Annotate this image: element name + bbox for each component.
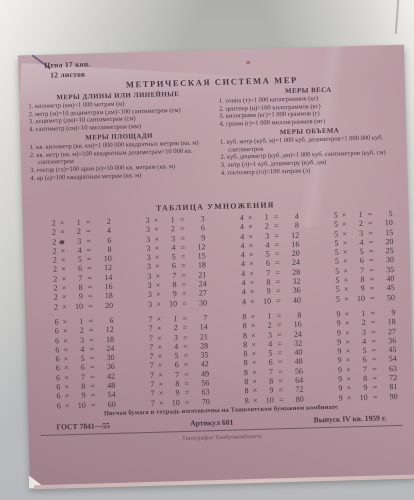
mult-number: 4: [236, 250, 245, 260]
multiply-sign: ×: [59, 354, 72, 364]
mult-number: 27: [192, 289, 207, 299]
equals-sign: =: [366, 346, 381, 356]
mult-column: 3×1=33×2=63×3=93×4=123×5=153×6=183×7=213…: [141, 214, 208, 309]
mult-column: 2×1=22×2=42×3=62×4=82×5=102×6=122×7=142×…: [47, 217, 114, 312]
equals-sign: =: [177, 289, 192, 299]
mult-number: 2: [257, 222, 269, 232]
equals-sign: =: [365, 293, 380, 303]
mult-number: 3: [142, 253, 151, 263]
multiply-sign: ×: [342, 374, 355, 384]
mult-number: 2: [69, 227, 81, 237]
mult-number: 3: [142, 272, 151, 282]
equals-sign: =: [83, 292, 98, 302]
mult-number: 4: [260, 339, 272, 349]
equals-sign: =: [175, 224, 190, 234]
mult-number: 2: [163, 224, 175, 234]
mult-number: 6: [51, 364, 60, 374]
mult-fact: 6×10=60: [52, 400, 116, 411]
multiply-sign: ×: [342, 384, 355, 394]
mult-number: 16: [284, 240, 299, 250]
equals-sign: =: [175, 243, 190, 253]
mult-fact: 3×10=30: [143, 298, 207, 309]
mult-number: 2: [47, 218, 56, 228]
mult-number: 3: [260, 330, 272, 340]
mult-number: 1: [163, 215, 175, 225]
multiply-sign: ×: [339, 266, 352, 276]
multiply-sign: ×: [246, 287, 259, 297]
multiply-sign: ×: [154, 379, 167, 389]
mult-number: 14: [97, 273, 112, 283]
mult-number: 8: [238, 321, 247, 331]
multiply-sign: ×: [340, 285, 353, 295]
multiply-sign: ×: [153, 342, 166, 352]
area-measures-list: 1. кв. километр (кв. км)=1 000 000 квадр…: [30, 139, 211, 183]
multiply-sign: ×: [244, 231, 257, 241]
mult-number: 7: [352, 266, 364, 276]
mult-fact: 9×10=90: [334, 392, 398, 403]
page-edge: [34, 475, 414, 490]
mult-fact: 5×10=50: [331, 293, 395, 304]
mult-number: 5: [330, 257, 339, 267]
mult-number: 1: [71, 317, 83, 327]
multiply-sign: ×: [249, 395, 262, 405]
multiply-sign: ×: [247, 349, 260, 359]
equals-sign: =: [82, 255, 97, 265]
mult-number: 2: [49, 302, 58, 312]
multiply-sign: ×: [150, 243, 163, 253]
multiply-sign: ×: [340, 294, 353, 304]
mult-number: 2: [47, 246, 56, 256]
mult-number: 36: [100, 362, 115, 372]
equals-sign: =: [367, 355, 382, 365]
mult-number: 8: [73, 382, 85, 392]
mult-number: 3: [190, 214, 205, 224]
mult-number: 20: [98, 301, 113, 311]
multiply-sign: ×: [60, 382, 73, 392]
mult-number: 8: [239, 387, 248, 397]
mult-number: 5: [260, 349, 272, 359]
mult-number: 6: [258, 259, 270, 269]
mult-number: 56: [194, 378, 209, 388]
equals-sign: =: [269, 212, 284, 222]
multiply-sign: ×: [248, 377, 261, 387]
equals-sign: =: [84, 344, 99, 354]
mult-number: 54: [100, 390, 115, 400]
multiply-sign: ×: [60, 373, 73, 383]
mult-number: 7: [192, 313, 207, 323]
multiply-sign: ×: [152, 299, 165, 309]
multiply-sign: ×: [247, 330, 260, 340]
mult-number: 6: [51, 373, 60, 383]
mult-number: 6: [50, 345, 59, 355]
equals-sign: =: [270, 277, 285, 287]
mult-number: 5: [72, 354, 84, 364]
mult-number: 6: [355, 355, 367, 365]
multiply-sign: ×: [59, 336, 72, 346]
mult-number: 4: [163, 243, 175, 253]
mult-number: 5: [329, 229, 338, 239]
mult-number: 5: [70, 255, 82, 265]
multiply-sign: ×: [154, 361, 167, 371]
multiply-sign: ×: [56, 227, 69, 237]
mult-column: 7×1=77×2=147×3=217×4=287×5=357×6=427×7=4…: [143, 313, 210, 408]
mult-number: 6: [52, 401, 61, 411]
mult-number: 9: [332, 328, 341, 338]
mult-number: 5: [352, 247, 364, 257]
multiply-sign: ×: [153, 333, 166, 343]
multiply-sign: ×: [247, 321, 260, 331]
mult-number: 45: [380, 283, 395, 293]
multiplication-block: 6×1=66×2=126×3=186×4=246×5=306×6=366×7=4…: [49, 308, 397, 411]
mult-number: 5: [330, 266, 339, 276]
mult-number: 6: [50, 355, 59, 365]
background-edge-line: [395, 0, 399, 34]
mult-number: 10: [74, 400, 86, 410]
volume-measures-list: 1. куб. метр (куб. м)=1 000 куб. децимет…: [220, 134, 401, 178]
equals-sign: =: [364, 256, 379, 266]
equals-sign: =: [82, 282, 97, 292]
multiply-sign: ×: [57, 265, 70, 275]
article-number: Артикул 601: [190, 418, 233, 428]
mult-number: 12: [97, 263, 112, 273]
mult-number: 6: [50, 327, 59, 337]
mult-number: 7: [164, 271, 176, 281]
mult-number: 40: [379, 274, 394, 284]
multiply-sign: ×: [151, 262, 164, 272]
multiply-sign: ×: [56, 218, 69, 228]
equals-sign: =: [179, 360, 194, 370]
mult-number: 16: [287, 320, 302, 330]
mult-number: 70: [195, 397, 210, 407]
multiply-sign: ×: [153, 324, 166, 334]
mult-number: 8: [258, 278, 270, 288]
equals-sign: =: [176, 271, 191, 281]
mult-number: 6: [190, 224, 205, 234]
equals-sign: =: [363, 228, 378, 238]
equals-sign: =: [178, 351, 193, 361]
mult-number: 18: [381, 317, 396, 327]
mult-column: 4×1=44×2=84×3=124×4=164×5=204×6=244×7=28…: [235, 212, 302, 307]
multiply-sign: ×: [60, 364, 73, 374]
mult-number: 3: [142, 281, 151, 291]
mult-number: 10: [378, 218, 393, 228]
mult-number: 3: [354, 327, 366, 337]
mult-number: 8: [284, 221, 299, 231]
multiply-sign: ×: [245, 269, 258, 279]
mult-number: 9: [332, 337, 341, 347]
equals-sign: =: [178, 332, 193, 342]
mult-number: 12: [99, 325, 114, 335]
equals-sign: =: [271, 311, 286, 321]
mult-number: 10: [259, 296, 271, 306]
equals-sign: =: [86, 400, 101, 410]
mult-number: 6: [96, 236, 111, 246]
mult-number: 50: [380, 293, 395, 303]
mult-number: 5: [331, 294, 340, 304]
mult-number: 30: [99, 353, 114, 363]
equals-sign: =: [82, 273, 97, 283]
mult-number: 4: [236, 260, 245, 270]
equals-sign: =: [273, 358, 288, 368]
equals-sign: =: [179, 379, 194, 389]
multiply-sign: ×: [154, 370, 167, 380]
mult-number: 9: [190, 233, 205, 243]
mult-number: 35: [379, 265, 394, 275]
mult-number: 5: [377, 209, 392, 219]
equals-sign: =: [364, 265, 379, 275]
equals-sign: =: [84, 326, 99, 336]
equals-sign: =: [175, 215, 190, 225]
measures-columns: МЕРЫ ДЛИНЫ ИЛИ ЛИНЕЙНЫЕ 1. километр (км)…: [28, 83, 400, 183]
measures-right-column: МЕРЫ ВЕСА 1. тонна (т)=1 000 килограммов…: [219, 83, 401, 177]
mult-number: 6: [70, 264, 82, 274]
equals-sign: =: [367, 373, 382, 383]
mult-number: 1: [350, 210, 362, 220]
equals-sign: =: [175, 233, 190, 243]
multiply-sign: ×: [150, 234, 163, 244]
mult-number: 40: [286, 295, 301, 305]
mult-number: 28: [285, 267, 300, 277]
mult-number: 4: [235, 223, 244, 233]
mult-number: 6: [164, 262, 176, 272]
mult-number: 27: [381, 327, 396, 337]
multiply-sign: ×: [340, 309, 353, 319]
mult-number: 3: [141, 234, 150, 244]
mult-number: 54: [382, 354, 397, 364]
equals-sign: =: [180, 397, 195, 407]
mult-number: 9: [333, 356, 342, 366]
mult-number: 8: [352, 275, 364, 285]
mult-number: 3: [141, 244, 150, 254]
mult-number: 6: [51, 382, 60, 392]
mult-number: 7: [73, 372, 85, 382]
equals-sign: =: [270, 268, 285, 278]
mult-number: 4: [166, 342, 178, 352]
equals-sign: =: [366, 336, 381, 346]
multiply-sign: ×: [151, 253, 164, 263]
photo-background: Цена 17 коп. 12 листов МЕТРИЧЕСКАЯ СИСТЕ…: [0, 0, 414, 500]
multiply-sign: ×: [343, 393, 356, 403]
mult-number: 24: [99, 344, 114, 354]
multiply-sign: ×: [247, 340, 260, 350]
equals-sign: =: [269, 240, 284, 250]
mult-number: 18: [191, 261, 206, 271]
equals-sign: =: [367, 364, 382, 374]
mult-number: 8: [96, 245, 111, 255]
mult-number: 10: [356, 392, 368, 402]
sheets-line: 12 листов: [44, 69, 91, 80]
mult-number: 7: [143, 315, 152, 325]
mult-number: 6: [49, 317, 58, 327]
equals-sign: =: [81, 245, 96, 255]
mult-fact: 4×10=40: [237, 295, 301, 306]
mult-number: 1: [165, 314, 177, 324]
mult-number: 5: [258, 250, 270, 260]
mult-number: 21: [193, 332, 208, 342]
equals-sign: =: [85, 391, 100, 401]
mult-number: 7: [146, 398, 155, 408]
equals-sign: =: [83, 316, 98, 326]
stain-speck: [246, 61, 250, 64]
equals-sign: =: [365, 308, 380, 318]
equals-sign: =: [179, 369, 194, 379]
mult-number: 28: [193, 341, 208, 351]
mult-number: 60: [101, 400, 116, 410]
mult-number: 72: [382, 373, 397, 383]
mult-number: 36: [286, 286, 301, 296]
equals-sign: =: [82, 264, 97, 274]
mult-number: 3: [143, 300, 152, 310]
mult-number: 30: [379, 256, 394, 266]
mult-number: 10: [71, 301, 83, 311]
multiply-sign: ×: [56, 246, 69, 256]
price-block: Цена 17 коп. 12 листов: [44, 59, 91, 79]
equals-sign: =: [274, 395, 289, 405]
mult-number: 10: [353, 294, 365, 304]
mult-number: 4: [236, 278, 245, 288]
equals-sign: =: [272, 320, 287, 330]
equals-sign: =: [270, 259, 285, 269]
mult-number: 7: [144, 343, 153, 353]
mult-number: 48: [288, 357, 303, 367]
mult-number: 9: [332, 347, 341, 357]
mult-number: 2: [72, 326, 84, 336]
multiply-sign: ×: [246, 312, 259, 322]
equals-sign: =: [81, 236, 96, 246]
mult-number: 7: [144, 324, 153, 334]
mult-number: 15: [191, 252, 206, 262]
equals-sign: =: [83, 301, 98, 311]
mult-number: 10: [97, 254, 112, 264]
mult-number: 32: [287, 339, 302, 349]
mult-number: 24: [191, 279, 206, 289]
equals-sign: =: [269, 231, 284, 241]
multiply-sign: ×: [245, 250, 258, 260]
mult-number: 4: [235, 232, 244, 242]
equals-sign: =: [272, 348, 287, 358]
multiply-sign: ×: [338, 210, 351, 220]
mult-number: 3: [351, 229, 363, 239]
equals-sign: =: [269, 221, 284, 231]
issue-info: Выпуск IV кв. 1959 г.: [314, 413, 387, 424]
mult-number: 3: [257, 231, 269, 241]
mult-number: 2: [48, 265, 57, 275]
multiply-sign: ×: [151, 271, 164, 281]
equals-sign: =: [81, 217, 96, 227]
multiply-sign: ×: [57, 283, 70, 293]
mult-number: 4: [72, 345, 84, 355]
mult-number: 9: [334, 393, 343, 403]
equals-sign: =: [176, 280, 191, 290]
mult-fact: 2×10=20: [49, 301, 113, 312]
mult-number: 20: [378, 237, 393, 247]
mult-number: 18: [99, 334, 114, 344]
mult-number: 7: [258, 268, 270, 278]
mult-number: 8: [238, 349, 247, 359]
equals-sign: =: [176, 252, 191, 262]
mult-number: 7: [144, 333, 153, 343]
multiply-sign: ×: [245, 278, 258, 288]
mult-number: 10: [168, 398, 180, 408]
equals-sign: =: [368, 392, 383, 402]
mult-number: 9: [332, 319, 341, 329]
multiply-sign: ×: [341, 346, 354, 356]
multiply-sign: ×: [339, 275, 352, 285]
equals-sign: =: [178, 323, 193, 333]
multiply-sign: ×: [339, 257, 352, 267]
multiply-sign: ×: [59, 326, 72, 336]
equals-sign: =: [179, 388, 194, 398]
mult-number: 7: [145, 361, 154, 371]
mult-number: 6: [98, 316, 113, 326]
multiply-sign: ×: [248, 386, 261, 396]
mult-number: 4: [284, 212, 299, 222]
mult-number: 63: [382, 364, 397, 374]
equals-sign: =: [177, 314, 192, 324]
mult-number: 2: [48, 256, 57, 266]
mult-number: 30: [192, 298, 207, 308]
mult-number: 42: [194, 360, 209, 370]
mult-number: 7: [167, 370, 179, 380]
mult-number: 2: [48, 274, 57, 284]
multiply-sign: ×: [248, 358, 261, 368]
mult-number: 8: [355, 374, 367, 384]
mult-number: 4: [237, 288, 246, 298]
multiply-sign: ×: [59, 345, 72, 355]
mult-number: 8: [238, 340, 247, 350]
equals-sign: =: [272, 330, 287, 340]
mult-number: 3: [141, 225, 150, 235]
mult-number: 7: [145, 389, 154, 399]
mult-number: 4: [69, 246, 81, 256]
mult-number: 56: [288, 366, 303, 376]
mult-number: 8: [240, 396, 249, 406]
multiply-sign: ×: [244, 222, 257, 232]
mult-number: 9: [73, 391, 85, 401]
mult-number: 1: [69, 218, 81, 228]
mult-fact: 7×10=70: [146, 397, 210, 408]
gost-number: ГОСТ 7841—55: [56, 421, 110, 431]
multiply-sign: ×: [246, 297, 259, 307]
mult-number: 16: [97, 282, 112, 292]
mult-number: 42: [100, 372, 115, 382]
mult-number: 81: [382, 382, 397, 392]
mult-number: 63: [194, 388, 209, 398]
mult-number: 12: [284, 230, 299, 240]
mult-number: 3: [163, 234, 175, 244]
mult-number: 8: [239, 377, 248, 387]
mult-number: 24: [287, 329, 302, 339]
weight-measures-list: 1. тонна (т)=1 000 килограммов (кг)2. це…: [219, 93, 399, 129]
multiply-sign: ×: [339, 247, 352, 257]
mult-number: 2: [96, 217, 111, 227]
mult-number: 8: [70, 283, 82, 293]
mult-number: 25: [379, 246, 394, 256]
equals-sign: =: [178, 342, 193, 352]
multiply-sign: ×: [152, 290, 165, 300]
mult-number: 2: [354, 318, 366, 328]
mult-number: 9: [333, 384, 342, 394]
multiply-sign: ×: [57, 255, 70, 265]
mult-number: 32: [285, 277, 300, 287]
mult-number: 4: [235, 213, 244, 223]
mult-number: 90: [383, 392, 398, 402]
equals-sign: =: [362, 209, 377, 219]
multiply-sign: ×: [338, 229, 351, 239]
mult-number: 6: [261, 358, 273, 368]
mult-number: 4: [354, 337, 366, 347]
mult-number: 15: [378, 228, 393, 238]
